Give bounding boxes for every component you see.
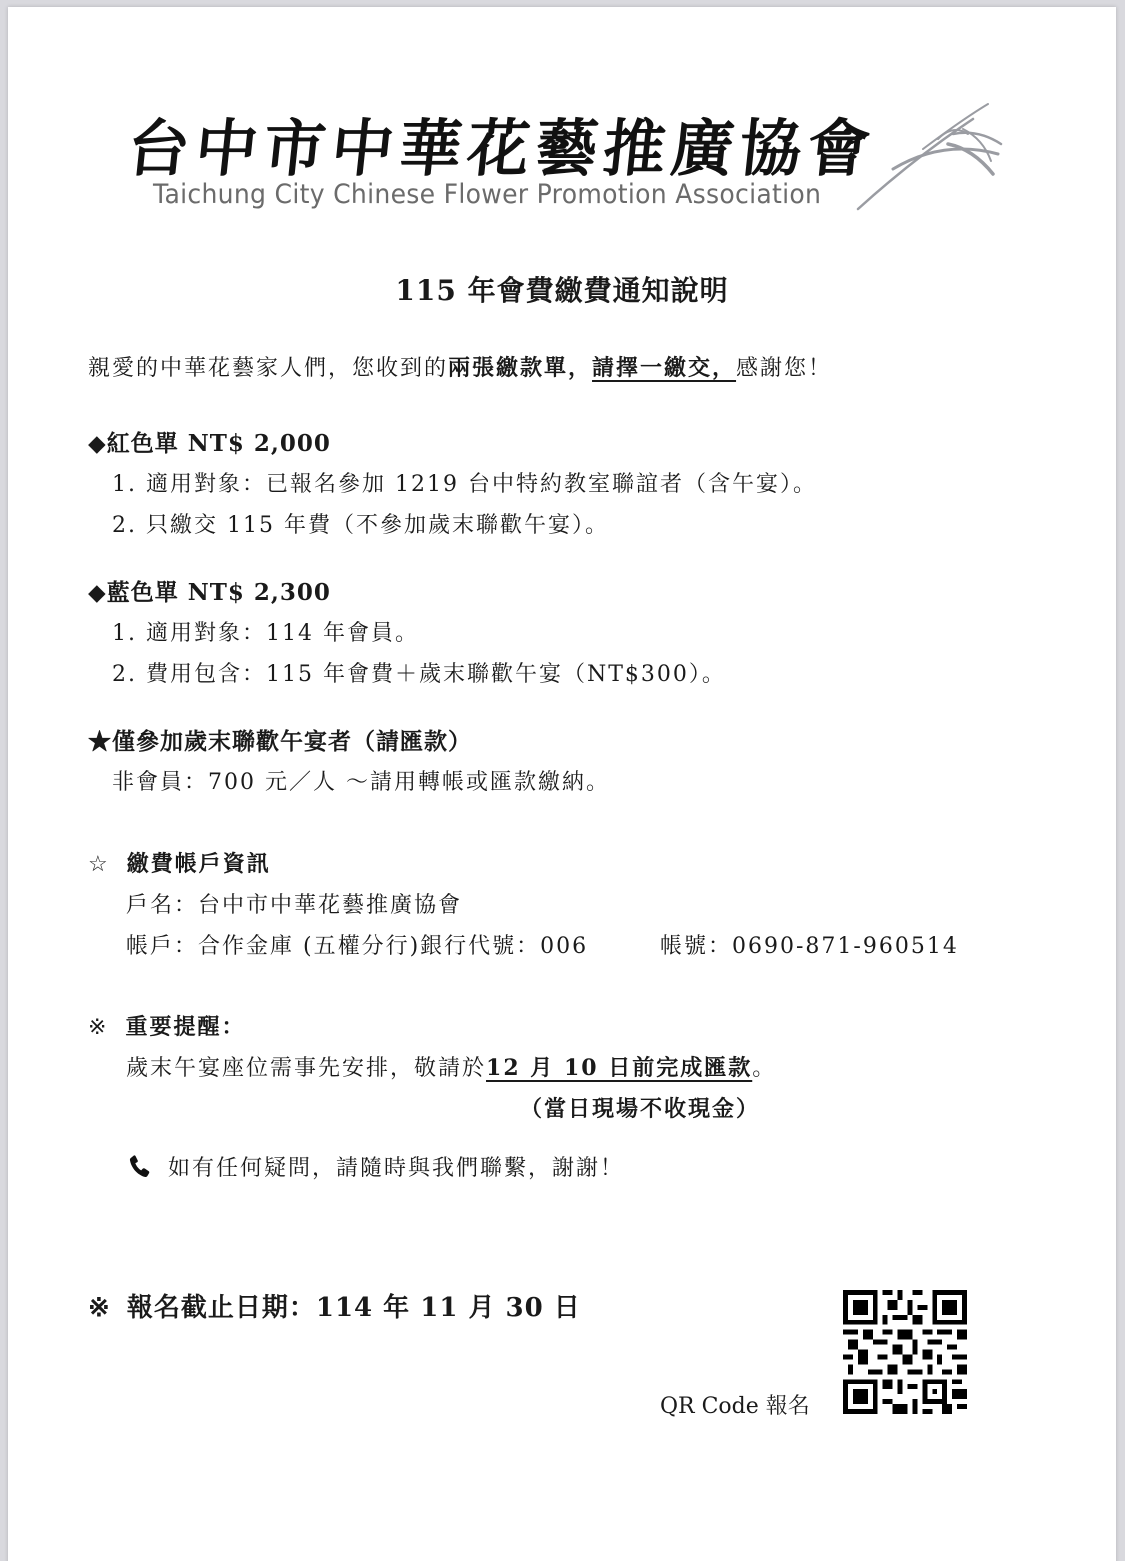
diamond-icon: ◆ (88, 579, 107, 606)
blue-slip-heading: ◆藍色單 NT$ 2,300 (88, 574, 331, 607)
intro-bold: 兩張繳款單， (448, 355, 592, 381)
reference-mark-icon: ※ (88, 1293, 111, 1323)
lunch-only-heading: ★僅參加歲末聯歡午宴者（請匯款） (88, 723, 472, 756)
contact-line: 如有任何疑問，請隨時與我們聯繫，謝謝！ (126, 1151, 624, 1182)
blue-slip-item-1: 1. 適用對象：114 年會員。 (112, 616, 419, 647)
star-icon: ★ (88, 728, 112, 755)
logo-chinese-name: 台中市中華花藝推廣協會 (123, 99, 880, 188)
intro-underlined: 請擇一繳交， (592, 355, 736, 381)
document-page: 台中市中華花藝推廣協會 Taichung City Chinese Flower… (8, 7, 1116, 1561)
phone-icon (126, 1153, 154, 1181)
account-bank: 帳戶：合作金庫 (五權分行)銀行代號：006 (126, 929, 588, 960)
lunch-only-line: 非會員：700 元／人 ～請用轉帳或匯款繳納。 (112, 765, 610, 796)
red-slip-item-1: 1. 適用對象：已報名參加 1219 台中特約教室聯誼者（含午宴）。 (112, 467, 817, 498)
page-title: 115 年會費繳費通知說明 (8, 269, 1116, 309)
qr-code-image[interactable] (843, 1290, 967, 1414)
red-slip-heading: ◆紅色單 NT$ 2,000 (88, 425, 331, 458)
account-heading: ☆ 繳費帳戶資訊 (88, 847, 271, 878)
reminder-line: 歲末午宴座位需事先安排，敬請於12 月 10 日前完成匯款。 (126, 1051, 776, 1082)
no-cash-note: （當日現場不收現金） (520, 1092, 760, 1123)
account-number: 帳號：0690-871-960514 (660, 929, 959, 960)
account-holder: 戶名：台中市中華花藝推廣協會 (126, 888, 462, 919)
red-slip-item-2: 2. 只繳交 115 年費（不參加歲末聯歡午宴）。 (112, 508, 609, 539)
registration-deadline: ※ 報名截止日期：114 年 11 月 30 日 (88, 1287, 581, 1324)
qr-label: QR Code 報名 (660, 1389, 810, 1420)
payment-deadline: 12 月 10 日前完成匯款 (486, 1055, 752, 1081)
logo-english-name: Taichung City Chinese Flower Promotion A… (153, 179, 821, 210)
blue-slip-item-2: 2. 費用包含：115 年會費＋歲末聯歡午宴（NT$300）。 (112, 657, 726, 688)
orchid-logo-icon (853, 99, 1003, 214)
reference-mark-icon: ※ (88, 1015, 108, 1040)
reminder-heading: ※ 重要提醒： (88, 1010, 245, 1041)
diamond-icon: ◆ (88, 430, 107, 457)
intro-text: 親愛的中華花藝家人們，您收到的兩張繳款單，請擇一繳交，感謝您！ (88, 351, 832, 382)
star-outline-icon: ☆ (88, 852, 110, 877)
